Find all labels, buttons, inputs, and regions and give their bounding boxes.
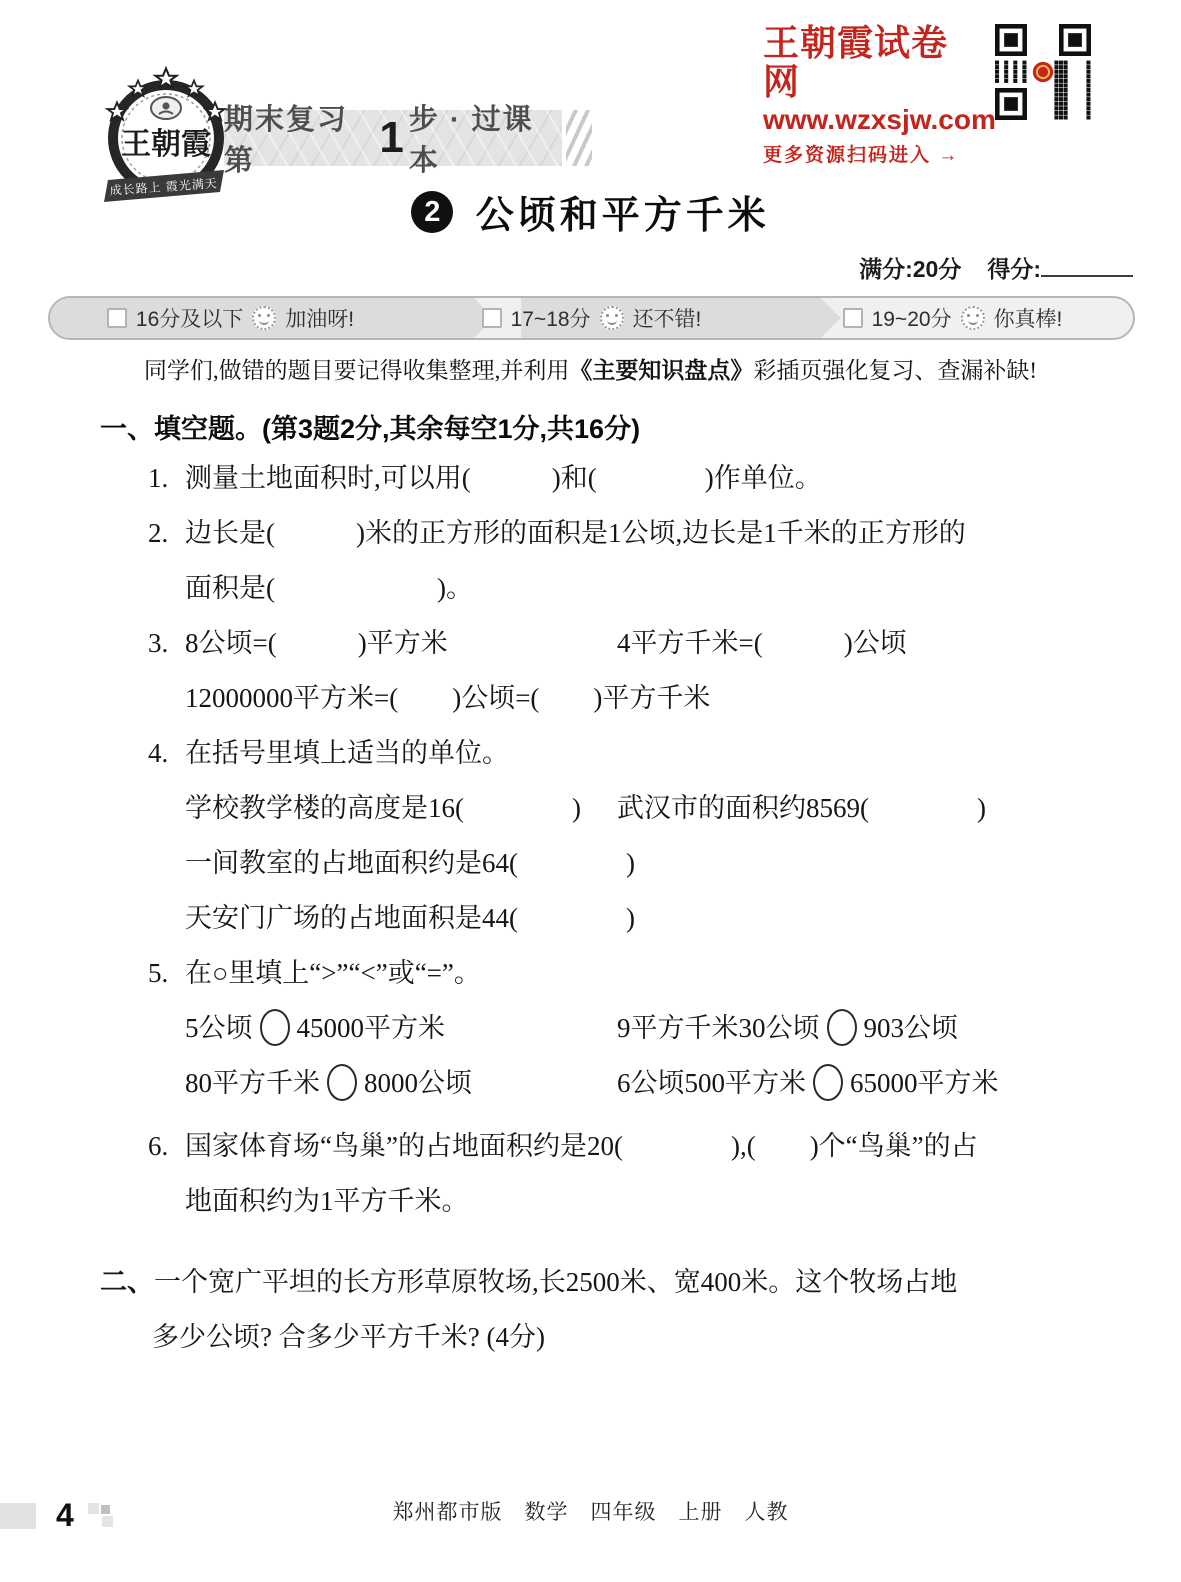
question-text: 8公顷=( )平方米 [185,616,617,671]
eval-range-mid: 17~18分 [511,303,591,333]
page-number: 4 [56,1497,74,1534]
eval-range-low: 16分及以下 [136,303,243,333]
self-evaluation-bar: 16分及以下 加油呀! 17~18分 还不错! 19~20分 你真棒! [48,296,1135,340]
question-number: 6. [148,1119,168,1174]
banner-suffix: 步 · 过课本 [409,97,562,179]
section1-heading: 一、填空题。(第3题2分,其余每空1分,共16分) [100,407,1081,451]
notice-post: 彩插页强化复习、查漏补缺! [753,358,1037,383]
banner-prefix: 期末复习第 [224,97,376,179]
full-score-label: 满分:20分 [859,256,961,282]
brand-site-name: 王朝霞试卷网 [763,24,981,102]
question-text: 45000平方米 [297,1013,446,1043]
question-3: 3. 8公顷=( )平方米 4平方千米=( )公顷 12000000平方米=( … [100,616,1081,726]
footer-page-block: 4 [0,1497,114,1534]
footer-squares-decoration [88,1503,114,1529]
questions-area: 一、填空题。(第3题2分,其余每空1分,共16分) 1. 测量土地面积时,可以用… [0,407,1181,1365]
eval-praise-low: 加油呀! [285,303,354,333]
banner-slash-decoration [566,110,592,166]
question-number: 2. [148,506,168,561]
eval-checkbox-high[interactable] [843,308,863,328]
question-text: 8000公顷 [364,1068,472,1098]
question-text: 国家体育场“鸟巢”的占地面积约是20( ),( )个“鸟巢”的占 [185,1119,1081,1174]
smiley-icon [252,306,276,330]
eval-range-high: 19~20分 [872,303,952,333]
question-4: 4. 在括号里填上适当的单位。 学校教学楼的高度是16( ) 武汉市的面积约85… [100,726,1081,946]
publisher-badge-logo: 王朝霞 成长路上 霞光满天 [96,58,236,216]
eval-checkbox-mid[interactable] [482,308,502,328]
question-text: 9平方千米30公顷 [617,1013,820,1043]
smiley-icon [600,306,624,330]
step-banner: 期末复习第1步 · 过课本 [224,110,562,166]
question-6: 6. 国家体育场“鸟巢”的占地面积约是20( ),( )个“鸟巢”的占 地面积约… [100,1119,1081,1229]
question-text: 一个宽广平坦的长方形草原牧场,长2500米、宽400米。这个牧场占地 [154,1267,957,1297]
eval-segment-high: 19~20分 你真棒! [772,298,1133,338]
comparison-item: 5公顷45000平方米 [185,1001,617,1056]
question-1: 1. 测量土地面积时,可以用( )和( )作单位。 [100,451,1081,506]
smiley-icon [961,306,985,330]
question-text: 65000平方米 [850,1068,999,1098]
question-number: 1. [148,451,168,506]
notice-book-title: 《主要知识盘点》 [569,358,753,383]
score-blank-line[interactable] [1041,273,1133,277]
eval-praise-mid: 还不错! [633,303,702,333]
question-5: 5. 在○里填上“>”“<”或“=”。 5公顷45000平方米 9平方千米30公… [100,946,1081,1111]
footer-edition-meta: 郑州都市版 数学 四年级 上册 人教 [0,1496,1181,1526]
qr-code[interactable] [995,24,1091,120]
question-text: 12000000平方米=( )公顷=( )平方千米 [185,671,1081,726]
question-text: 80平方千米 [185,1068,320,1098]
score-row: 满分:20分得分: [0,251,1181,284]
question-text: 学校教学楼的高度是16( ) [185,781,617,836]
comparison-circle-blank[interactable] [327,1064,357,1101]
comparison-item: 6公顷500平方米65000平方米 [617,1056,1081,1111]
question-text: 天安门广场的占地面积是44( ) [185,891,1081,946]
question-text: 边长是( )米的正方形的面积是1公顷,边长是1千米的正方形的 [185,506,1081,561]
badge-title: 王朝霞 [121,128,211,161]
question-text: 5公顷 [185,1013,253,1043]
comparison-circle-blank[interactable] [827,1009,857,1046]
question-text: 4平方千米=( )公顷 [617,616,1081,671]
lesson-title: 公顷和平方千米 [476,195,770,237]
section2-label: 二、 [100,1267,154,1297]
eval-segment-mid: 17~18分 还不错! [411,298,772,338]
question-text: 在○里填上“>”“<”或“=”。 [185,946,1081,1001]
question-text: 多少公顷? 合多少平方千米? (4分) [100,1310,1081,1365]
comparison-circle-blank[interactable] [813,1064,843,1101]
brand-block: 王朝霞试卷网 www.wzxsjw.com 更多资源扫码进入 → [763,24,1091,167]
question-text: 面积是( )。 [185,561,1081,616]
score-label: 得分: [987,256,1041,282]
banner-step-number: 1 [379,116,405,160]
lesson-number-badge: 2 [411,191,453,233]
question-2: 2. 边长是( )米的正方形的面积是1公顷,边长是1千米的正方形的 面积是( )… [100,506,1081,616]
question-text: 武汉市的面积约8569( ) [617,781,1081,836]
question-text: 903公顷 [864,1013,959,1043]
question-text: 一间教室的占地面积约是64( ) [185,836,1081,891]
eval-segment-low: 16分及以下 加油呀! [50,298,411,338]
question-number: 5. [148,946,168,1001]
study-notice: 同学们,做错的题目要记得收集整理,并利用《主要知识盘点》彩插页强化复习、查漏补缺… [0,352,1181,385]
question-text: 6公顷500平方米 [617,1068,806,1098]
worksheet-page: 王朝霞 成长路上 霞光满天 期末复习第1步 · 过课本 王朝霞试卷网 www.w… [0,0,1181,1582]
eval-checkbox-low[interactable] [107,308,127,328]
comparison-item: 9平方千米30公顷903公顷 [617,1001,1081,1056]
question-text: 在括号里填上适当的单位。 [185,726,1081,781]
comparison-circle-blank[interactable] [260,1009,290,1046]
footer-decoration-strip [0,1503,36,1529]
question-number: 3. [148,616,168,671]
comparison-item: 80平方千米8000公顷 [185,1056,617,1111]
eval-praise-high: 你真棒! [994,303,1063,333]
brand-site-url: www.wzxsjw.com [763,102,981,137]
brand-scan-note: 更多资源扫码进入 → [763,140,981,167]
question-number: 4. [148,726,168,781]
section2: 二、一个宽广平坦的长方形草原牧场,长2500米、宽400米。这个牧场占地 多少公… [100,1255,1081,1365]
notice-pre: 同学们,做错的题目要记得收集整理,并利用 [144,358,570,383]
question-text: 地面积约为1平方千米。 [185,1174,1081,1229]
badge-portrait-head [162,102,169,109]
question-text: 测量土地面积时,可以用( )和( )作单位。 [185,451,1081,506]
